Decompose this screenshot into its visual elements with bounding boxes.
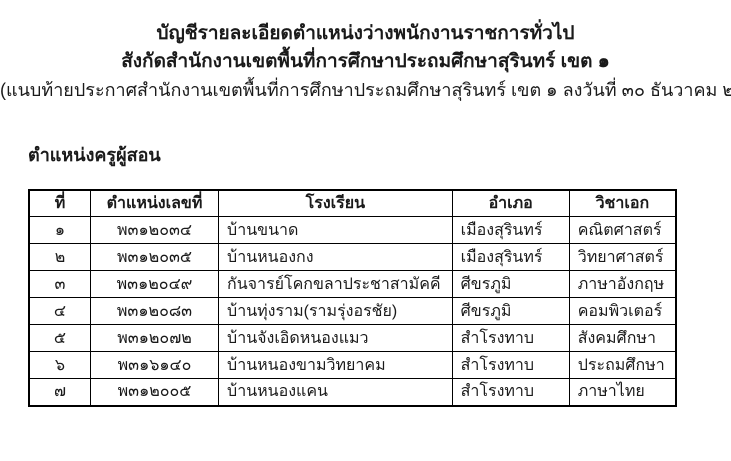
cell-code: พ๓๑๒๐๔๙ bbox=[90, 271, 218, 298]
cell-school: บ้านหนองกง bbox=[219, 244, 453, 271]
cell-major: ภาษาอังกฤษ bbox=[569, 271, 676, 298]
column-header-3: อำเภอ bbox=[452, 190, 569, 217]
document-title-line2: สังกัดสำนักงานเขตพื้นที่การศึกษาประถมศึก… bbox=[0, 48, 731, 76]
cell-district: เมืองสุรินทร์ bbox=[452, 217, 569, 244]
cell-major: ภาษาไทย bbox=[569, 379, 676, 406]
table-row: ๓พ๓๑๒๐๔๙กันจารย์โคกขลาประชาสามัคคีศีขรภู… bbox=[29, 271, 676, 298]
cell-school: บ้านจังเอิดหนองแมว bbox=[219, 325, 453, 352]
cell-code: พ๓๑๖๑๔๐ bbox=[90, 352, 218, 379]
cell-major: คอมพิวเตอร์ bbox=[569, 298, 676, 325]
cell-school: กันจารย์โคกขลาประชาสามัคคี bbox=[219, 271, 453, 298]
document-page: บัญชีรายละเอียดตำแหน่งว่างพนักงานราชการท… bbox=[0, 0, 731, 461]
cell-school: บ้านหนองแคน bbox=[219, 379, 453, 406]
cell-district: ศีขรภูมิ bbox=[452, 271, 569, 298]
column-header-0: ที่ bbox=[29, 190, 90, 217]
cell-no: ๖ bbox=[29, 352, 90, 379]
cell-district: ศีขรภูมิ bbox=[452, 298, 569, 325]
cell-major: สังคมศึกษา bbox=[569, 325, 676, 352]
cell-district: สำโรงทาบ bbox=[452, 352, 569, 379]
cell-no: ๔ bbox=[29, 298, 90, 325]
table-row: ๑พ๓๑๒๐๓๔บ้านขนาดเมืองสุรินทร์คณิตศาสตร์ bbox=[29, 217, 676, 244]
document-title-line3: (แนบท้ายประกาศสำนักงานเขตพื้นที่การศึกษา… bbox=[0, 76, 731, 104]
cell-no: ๗ bbox=[29, 379, 90, 406]
table-row: ๔พ๓๑๒๐๘๓บ้านทุ่งราม(รามรุ่งอรชัย)ศีขรภูม… bbox=[29, 298, 676, 325]
cell-code: พ๓๑๒๐๓๔ bbox=[90, 217, 218, 244]
cell-code: พ๓๑๒๐๗๒ bbox=[90, 325, 218, 352]
table-row: ๖พ๓๑๖๑๔๐บ้านหนองขามวิทยาคมสำโรงทาบประถมศ… bbox=[29, 352, 676, 379]
cell-district: เมืองสุรินทร์ bbox=[452, 244, 569, 271]
cell-district: สำโรงทาบ bbox=[452, 325, 569, 352]
table-header-row: ที่ตำแหน่งเลขที่โรงเรียนอำเภอวิชาเอก bbox=[29, 190, 676, 217]
document-title-block: บัญชีรายละเอียดตำแหน่งว่างพนักงานราชการท… bbox=[0, 20, 731, 104]
section-heading: ตำแหน่งครูผู้สอน bbox=[28, 140, 161, 169]
document-title-line1: บัญชีรายละเอียดตำแหน่งว่างพนักงานราชการท… bbox=[0, 20, 731, 48]
cell-major: คณิตศาสตร์ bbox=[569, 217, 676, 244]
cell-major: ประถมศึกษา bbox=[569, 352, 676, 379]
cell-no: ๕ bbox=[29, 325, 90, 352]
cell-school: บ้านหนองขามวิทยาคม bbox=[219, 352, 453, 379]
cell-district: สำโรงทาบ bbox=[452, 379, 569, 406]
cell-no: ๑ bbox=[29, 217, 90, 244]
cell-code: พ๓๑๒๐๘๓ bbox=[90, 298, 218, 325]
cell-school: บ้านทุ่งราม(รามรุ่งอรชัย) bbox=[219, 298, 453, 325]
cell-code: พ๓๑๒๐๓๕ bbox=[90, 244, 218, 271]
table-row: ๗พ๓๑๒๐๐๕บ้านหนองแคนสำโรงทาบภาษาไทย bbox=[29, 379, 676, 406]
column-header-4: วิชาเอก bbox=[569, 190, 676, 217]
column-header-2: โรงเรียน bbox=[219, 190, 453, 217]
table-body: ๑พ๓๑๒๐๓๔บ้านขนาดเมืองสุรินทร์คณิตศาสตร์๒… bbox=[29, 217, 676, 406]
cell-no: ๓ bbox=[29, 271, 90, 298]
table-row: ๒พ๓๑๒๐๓๕บ้านหนองกงเมืองสุรินทร์วิทยาศาสต… bbox=[29, 244, 676, 271]
cell-no: ๒ bbox=[29, 244, 90, 271]
cell-code: พ๓๑๒๐๐๕ bbox=[90, 379, 218, 406]
cell-major: วิทยาศาสตร์ bbox=[569, 244, 676, 271]
column-header-1: ตำแหน่งเลขที่ bbox=[90, 190, 218, 217]
cell-school: บ้านขนาด bbox=[219, 217, 453, 244]
table-row: ๕พ๓๑๒๐๗๒บ้านจังเอิดหนองแมวสำโรงทาบสังคมศ… bbox=[29, 325, 676, 352]
positions-table: ที่ตำแหน่งเลขที่โรงเรียนอำเภอวิชาเอก ๑พ๓… bbox=[28, 189, 677, 407]
